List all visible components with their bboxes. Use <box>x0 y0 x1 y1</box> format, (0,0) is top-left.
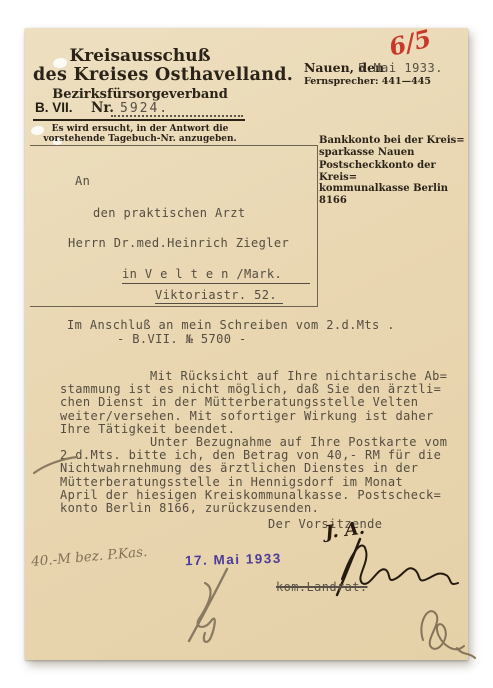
letterhead-ref-prefix: B. VII. <box>35 100 73 115</box>
struck-title: kom.Landrat. <box>276 580 368 594</box>
body-line: chen Dienst in der Mütterberatungsstelle… <box>60 396 460 409</box>
diary-number: 5924. <box>120 101 169 116</box>
body-line: Nichtwahrnehmung des ärztlichen Dienstes… <box>60 462 460 475</box>
scanned-letter-photo: { "document": { "colors": { "paper": "#e… <box>0 0 493 688</box>
pencil-cash-note: 40.-M bez. P.Kas. <box>31 544 148 570</box>
red-pencil-annotation: 6/5 <box>386 23 434 61</box>
pencil-margin-mark <box>31 453 81 477</box>
reference-line1: Im Anschluß an mein Schreiben vom 2.d.Mt… <box>67 318 395 332</box>
bank-line4: kommunalkasse Berlin 8166 <box>319 183 469 206</box>
address-street: Viktoriastr. 52. <box>155 288 283 304</box>
letter-paper: Kreisausschuß des Kreises Osthavelland. … <box>25 28 468 660</box>
phone-line: Fernsprecher: 441—445 <box>304 76 431 87</box>
reference-line2: - B.VII. № 5700 - <box>117 332 247 346</box>
address-town: in V e l t e n /Mark. <box>122 267 310 284</box>
bank-line3: Postscheckkonto der Kreis= <box>319 160 469 183</box>
body-line: konto Berlin 8166, zurückzusenden. <box>60 502 460 515</box>
letterhead-note-line1: Es wird ersucht, in der Antwort die <box>33 124 247 134</box>
body-line: Mütterberatungsstelle in Hennigsdorf im … <box>60 476 460 489</box>
address-role: den praktischen Arzt <box>93 206 246 220</box>
bank-info: Bankkonto bei der Kreis= sparkasse Nauen… <box>319 135 469 206</box>
address-name: Herrn Dr.med.Heinrich Ziegler <box>68 236 289 250</box>
address-an: An <box>75 174 90 188</box>
letterhead-org-line2: des Kreises Osthavelland. <box>33 65 247 85</box>
letterhead-rule <box>33 119 245 121</box>
body-paragraph-1: Mit Rücksicht auf Ihre nichtarische Ab= … <box>60 370 460 436</box>
pencil-paraph-bottom-right <box>407 600 479 666</box>
bank-line1: Bankkonto bei der Kreis= <box>319 135 469 147</box>
bank-line2: sparkasse Nauen <box>319 147 469 159</box>
letterhead-nr-label: Nr. <box>91 100 114 116</box>
letterhead-note-line2: vorstehende Tagebuch-Nr. anzugeben. <box>33 134 247 144</box>
body-paragraph-2: Unter Bezugnahme auf Ihre Postkarte vom … <box>60 436 460 515</box>
letterhead-org-line1: Kreisausschuß <box>33 46 247 66</box>
nr-dotted-line <box>111 115 243 117</box>
body-line: weiter/versehen. Mit sofortiger Wirkung … <box>60 410 460 423</box>
typed-date: 5.Mai 1933. <box>358 61 443 75</box>
pencil-paraph-center <box>177 563 247 651</box>
